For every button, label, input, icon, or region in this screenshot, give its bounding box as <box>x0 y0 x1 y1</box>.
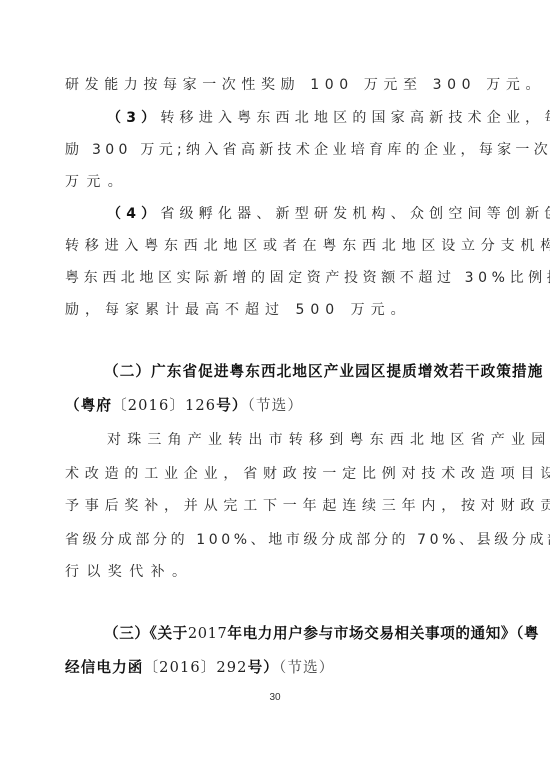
item-4-marker: （4） <box>107 206 160 222</box>
item-3-line-3: 万元。 <box>65 170 490 194</box>
item-4-line-3: 粤东西北地区实际新增的固定资产投资额不超过 30%比例按年度予以奖 <box>65 266 490 290</box>
section-3-doc-ref-suffix: 号） <box>248 659 279 676</box>
section-2-doc-ref-prefix: （粤府 <box>65 397 112 414</box>
section-2-body-line-1: 对珠三角产业转出市转移到粤东西北地区省产业园并实施异地技 <box>107 428 490 452</box>
section-3-title-prefix: （三）《关于 <box>104 625 188 642</box>
item-4-line-2: 转移进入粤东西北地区或者在粤东西北地区设立分支机构的，按企业在 <box>65 234 490 258</box>
section-3-heading-line-2: 经信电力函〔2016〕292号）（节选） <box>65 655 490 681</box>
section-2-body-line-2: 术改造的工业企业，省财政按一定比例对技术改造项目设备更新部分给 <box>65 462 490 486</box>
section-2-body-line-4: 省级分成部分的 100%、地市级分成部分的 70%、县级分成部分的 50%实 <box>65 528 490 552</box>
section-2-doc-ref-suffix: 号） <box>216 397 247 414</box>
item-3-marker: （3） <box>107 110 160 126</box>
section-3-title-year: 2017 <box>188 625 228 642</box>
item-4-line-4: 励，每家累计最高不超过 500 万元。 <box>65 298 490 322</box>
item-3-line-1: （3）转移进入粤东西北地区的国家高新技术企业，每家一次性奖 <box>107 106 490 130</box>
section-2-heading-line-2: （粤府〔2016〕126号）（节选） <box>65 393 490 419</box>
section-2-excerpt-note: （节选） <box>248 397 303 414</box>
item-4-line-1: （4）省级孵化器、新型研发机构、众创空间等创新创业平台整体 <box>107 202 490 226</box>
section-3-heading-line-1: （三）《关于2017年电力用户参与市场交易相关事项的通知》（粤 <box>104 621 490 647</box>
section-2-heading-line-1: （二）广东省促进粤东西北地区产业园区提质增效若干政策措施 <box>104 359 490 385</box>
section-2-body-line-3: 予事后奖补，并从完工下一年起连续三年内，按对财政贡献增量额度中 <box>65 494 490 518</box>
item-3-line-2: 励 300 万元;纳入省高新技术企业培育库的企业，每家一次性奖励 100 <box>65 138 490 162</box>
paragraph-line: 研发能力按每家一次性奖励 100 万元至 300 万元。 <box>65 73 490 97</box>
section-2-body-line-5: 行以奖代补。 <box>65 560 490 584</box>
section-3-title-rest: 年电力用户参与市场交易相关事项的通知》（粤 <box>227 625 539 642</box>
document-page: 研发能力按每家一次性奖励 100 万元至 300 万元。 （3）转移进入粤东西北… <box>0 0 550 776</box>
section-3-doc-ref-prefix: 经信电力函 <box>65 659 143 676</box>
item-3-text: 转移进入粤东西北地区的国家高新技术企业，每家一次性奖 <box>160 110 550 126</box>
page-number: 30 <box>0 692 550 703</box>
section-3-excerpt-note: （节选） <box>279 659 334 676</box>
item-4-text: 省级孵化器、新型研发机构、众创空间等创新创业平台整体 <box>160 206 550 222</box>
section-3-doc-number: 〔2016〕292 <box>143 659 247 676</box>
section-2-doc-number: 〔2016〕126 <box>112 397 216 414</box>
